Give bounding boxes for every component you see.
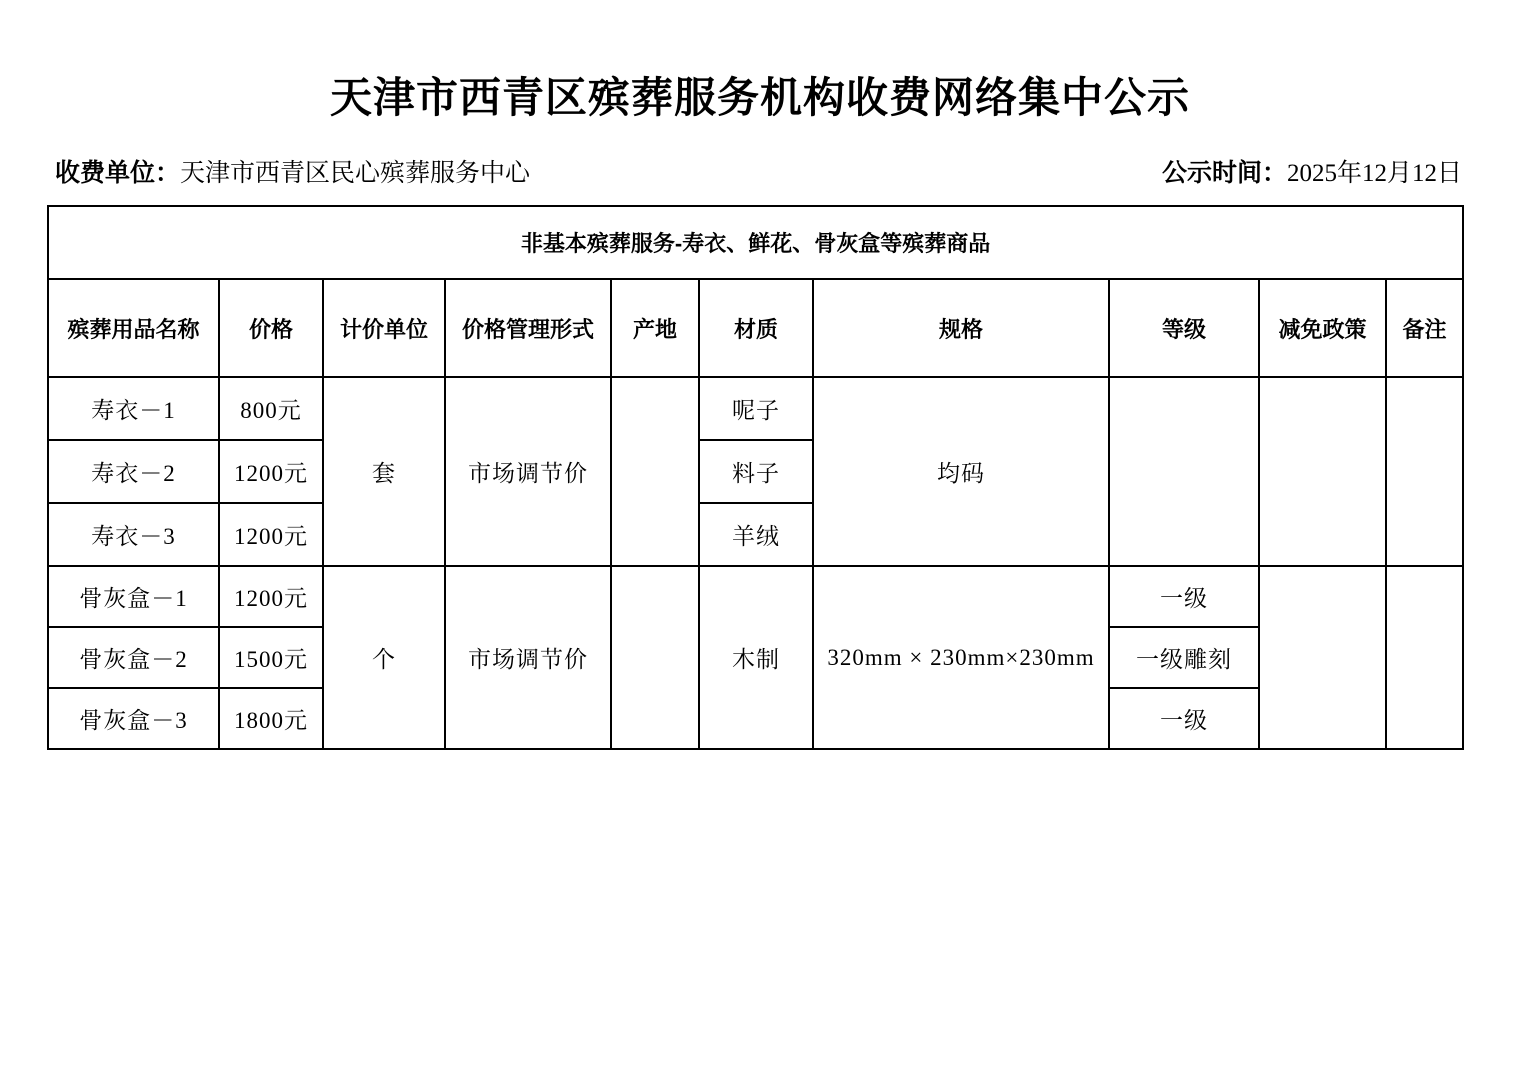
unit-cell: 套 bbox=[323, 377, 445, 566]
material-cell: 木制 bbox=[699, 566, 813, 749]
grade-cell bbox=[1109, 377, 1259, 566]
table-row-shouyi-1: 寿衣－1 800元 套 市场调节价 呢子 均码 bbox=[48, 377, 1463, 440]
header-cell-grade: 等级 bbox=[1109, 279, 1259, 377]
document-page: 天津市西青区殡葬服务机构收费网络集中公示 收费单位：天津市西青区民心殡葬服务中心… bbox=[0, 0, 1520, 1074]
price-cell: 1800元 bbox=[219, 688, 323, 749]
material-cell: 呢子 bbox=[699, 377, 813, 440]
material-cell: 料子 bbox=[699, 440, 813, 503]
table-row-guhui-1: 骨灰盒－1 1200元 个 市场调节价 木制 320mm × 230mm×230… bbox=[48, 566, 1463, 627]
product-name-cell: 骨灰盒－1 bbox=[48, 566, 219, 627]
fee-table: 非基本殡葬服务-寿衣、鲜花、骨灰盒等殡葬商品 殡葬用品名称 价格 计价单位 价格… bbox=[47, 205, 1464, 750]
group-title-cell: 非基本殡葬服务-寿衣、鲜花、骨灰盒等殡葬商品 bbox=[48, 206, 1463, 279]
header-cell-product-name: 殡葬用品名称 bbox=[48, 279, 219, 377]
note-cell bbox=[1386, 377, 1463, 566]
grade-cell: 一级 bbox=[1109, 688, 1259, 749]
origin-cell bbox=[611, 566, 699, 749]
unit-cell: 个 bbox=[323, 566, 445, 749]
grade-cell: 一级 bbox=[1109, 566, 1259, 627]
price-cell: 1200元 bbox=[219, 503, 323, 566]
note-cell bbox=[1386, 566, 1463, 749]
header-cell-price: 价格 bbox=[219, 279, 323, 377]
grade-cell: 一级雕刻 bbox=[1109, 627, 1259, 688]
spec-cell: 均码 bbox=[813, 377, 1109, 566]
publish-time-label: 公示时间： bbox=[1162, 159, 1287, 187]
product-name-cell: 骨灰盒－2 bbox=[48, 627, 219, 688]
header-cell-policy: 减免政策 bbox=[1259, 279, 1386, 377]
publish-time: 公示时间：2025年12月12日 bbox=[1162, 158, 1462, 189]
table-header-row: 殡葬用品名称 价格 计价单位 价格管理形式 产地 材质 规格 等级 减免政策 备… bbox=[48, 279, 1463, 377]
product-name-cell: 寿衣－2 bbox=[48, 440, 219, 503]
header-cell-spec: 规格 bbox=[813, 279, 1109, 377]
price-management-cell: 市场调节价 bbox=[445, 377, 611, 566]
charge-unit-label: 收费单位： bbox=[55, 159, 180, 187]
table-group-title-row: 非基本殡葬服务-寿衣、鲜花、骨灰盒等殡葬商品 bbox=[48, 206, 1463, 279]
price-cell: 800元 bbox=[219, 377, 323, 440]
price-management-cell: 市场调节价 bbox=[445, 566, 611, 749]
spec-cell: 320mm × 230mm×230mm bbox=[813, 566, 1109, 749]
header-cell-material: 材质 bbox=[699, 279, 813, 377]
product-name-cell: 寿衣－1 bbox=[48, 377, 219, 440]
header-cell-note: 备注 bbox=[1386, 279, 1463, 377]
price-cell: 1500元 bbox=[219, 627, 323, 688]
header-cell-unit: 计价单位 bbox=[323, 279, 445, 377]
product-name-cell: 骨灰盒－3 bbox=[48, 688, 219, 749]
publish-time-value: 2025年12月12日 bbox=[1287, 160, 1462, 187]
charge-unit: 收费单位：天津市西青区民心殡葬服务中心 bbox=[55, 158, 530, 189]
origin-cell bbox=[611, 377, 699, 566]
charge-unit-value: 天津市西青区民心殡葬服务中心 bbox=[180, 160, 530, 187]
material-cell: 羊绒 bbox=[699, 503, 813, 566]
header-cell-price-management: 价格管理形式 bbox=[445, 279, 611, 377]
page-title: 天津市西青区殡葬服务机构收费网络集中公示 bbox=[0, 0, 1520, 122]
price-cell: 1200元 bbox=[219, 440, 323, 503]
price-cell: 1200元 bbox=[219, 566, 323, 627]
info-row: 收费单位：天津市西青区民心殡葬服务中心 公示时间：2025年12月12日 bbox=[55, 158, 1462, 189]
header-cell-origin: 产地 bbox=[611, 279, 699, 377]
policy-cell bbox=[1259, 377, 1386, 566]
product-name-cell: 寿衣－3 bbox=[48, 503, 219, 566]
policy-cell bbox=[1259, 566, 1386, 749]
